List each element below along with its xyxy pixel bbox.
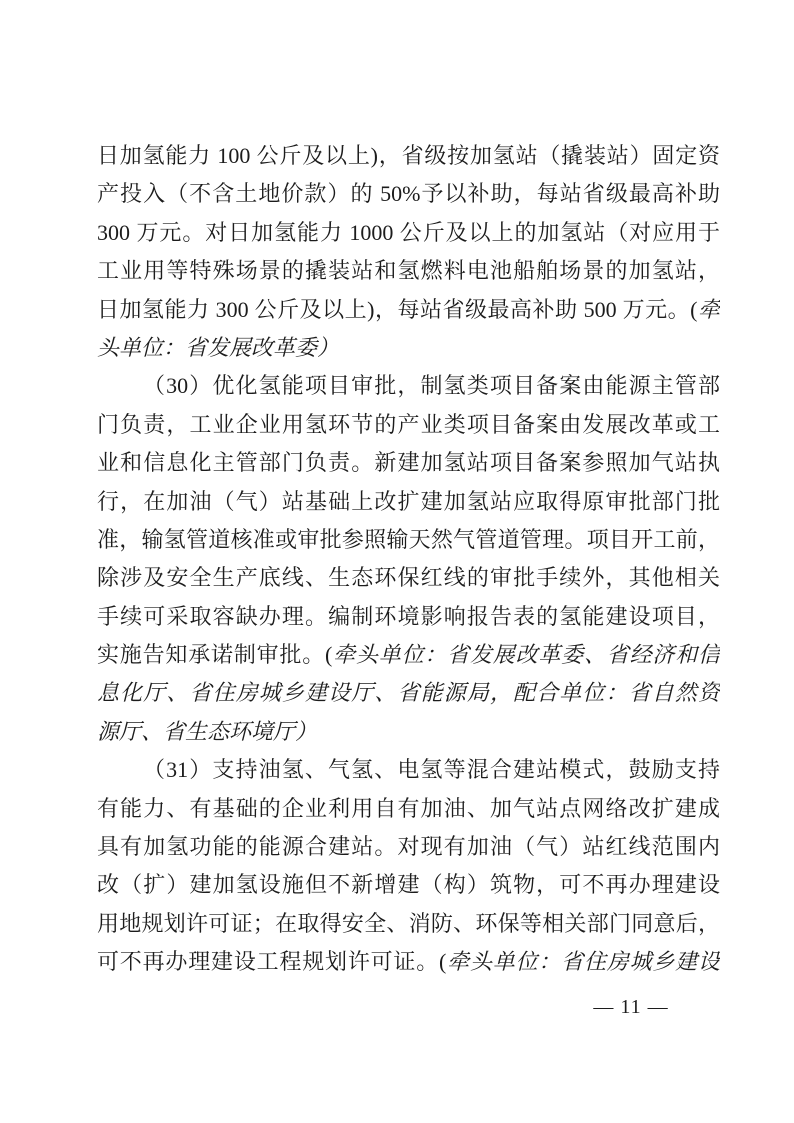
body-text: 业和信息化主管部门负责。新建加氢站项目备案参照加气站执 bbox=[97, 450, 720, 475]
text-line: 有能力、有基础的企业利用自有加油、加气站点网络改扩建成 bbox=[97, 790, 720, 828]
text-line: 除涉及安全生产底线、生态环保红线的审批手续外，其他相关 bbox=[97, 559, 720, 597]
text-line: （30）优化氢能项目审批，制氢类项目备案由能源主管部 bbox=[97, 367, 720, 405]
body-text: 300 万元。对日加氢能力 1000 公斤及以上的加氢站（对应用于 bbox=[97, 220, 720, 245]
text-line: 产投入（不含土地价款）的 50%予以补助，每站省级最高补助 bbox=[97, 175, 720, 213]
body-text: （30）优化氢能项目审批，制氢类项目备案由能源主管部 bbox=[143, 373, 720, 398]
text-line: 头单位：省发展改革委） bbox=[97, 329, 720, 367]
text-line: 300 万元。对日加氢能力 1000 公斤及以上的加氢站（对应用于 bbox=[97, 214, 720, 252]
text-line: 日加氢能力 100 公斤及以上)，省级按加氢站（撬装站）固定资 bbox=[97, 137, 720, 175]
text-line: 准，输氢管道核准或审批参照输天然气管道管理。项目开工前， bbox=[97, 521, 720, 559]
text-line: （31）支持油氢、气氢、电氢等混合建站模式，鼓励支持 bbox=[97, 751, 720, 789]
annotation-text: 息化厅、省住房城乡建设厅、省能源局，配合单位：省自然资 bbox=[97, 680, 720, 705]
text-line: 可不再办理建设工程规划许可证。(牵头单位：省住房城乡建设 bbox=[97, 943, 720, 981]
text-line: 行，在加油（气）站基础上改扩建加氢站应取得原审批部门批 bbox=[97, 483, 720, 521]
body-text: 可不再办理建设工程规划许可证。( bbox=[97, 949, 446, 974]
body-text: 用地规划许可证；在取得安全、消防、环保等相关部门同意后， bbox=[97, 911, 720, 936]
body-text: 工业用等特殊场景的撬装站和氢燃料电池船舶场景的加氢站， bbox=[97, 258, 720, 283]
body-text: 日加氢能力 100 公斤及以上)，省级按加氢站（撬装站）固定资 bbox=[97, 143, 720, 168]
body-text: 手续可采取容缺办理。编制环境影响报告表的氢能建设项目， bbox=[97, 604, 720, 629]
text-line: 用地规划许可证；在取得安全、消防、环保等相关部门同意后， bbox=[97, 905, 720, 943]
body-text: 日加氢能力 300 公斤及以上)，每站省级最高补助 500 万元。( bbox=[97, 297, 697, 322]
text-line: 实施告知承诺制审批。(牵头单位：省发展改革委、省经济和信 bbox=[97, 636, 720, 674]
annotation-text: 牵头单位：省发展改革委、省经济和信 bbox=[332, 642, 720, 667]
text-line: 门负责，工业企业用氢环节的产业类项目备案由发展改革或工 bbox=[97, 406, 720, 444]
text-line: 手续可采取容缺办理。编制环境影响报告表的氢能建设项目， bbox=[97, 598, 720, 636]
annotation-text: 牵头单位：省住房城乡建设 bbox=[446, 949, 720, 974]
body-text: （31）支持油氢、气氢、电氢等混合建站模式，鼓励支持 bbox=[143, 757, 720, 782]
body-text: 具有加氢功能的能源合建站。对现有加油（气）站红线范围内 bbox=[97, 834, 720, 859]
document-text-block: 日加氢能力 100 公斤及以上)，省级按加氢站（撬装站）固定资产投入（不含土地价… bbox=[97, 137, 720, 982]
body-text: 改（扩）建加氢设施但不新增建（构）筑物，可不再办理建设 bbox=[97, 872, 720, 897]
body-text: 行，在加油（气）站基础上改扩建加氢站应取得原审批部门批 bbox=[97, 489, 720, 514]
document-page: 日加氢能力 100 公斤及以上)，省级按加氢站（撬装站）固定资产投入（不含土地价… bbox=[0, 0, 794, 1123]
text-line: 源厅、省生态环境厅） bbox=[97, 713, 720, 751]
body-text: 有能力、有基础的企业利用自有加油、加气站点网络改扩建成 bbox=[97, 796, 720, 821]
body-text: 除涉及安全生产底线、生态环保红线的审批手续外，其他相关 bbox=[97, 565, 720, 590]
body-text: 准，输氢管道核准或审批参照输天然气管道管理。项目开工前， bbox=[97, 527, 720, 552]
annotation-text: 源厅、省生态环境厅） bbox=[97, 719, 317, 744]
text-line: 息化厅、省住房城乡建设厅、省能源局，配合单位：省自然资 bbox=[97, 674, 720, 712]
page-number: — 11 — bbox=[591, 995, 671, 1019]
body-text: 门负责，工业企业用氢环节的产业类项目备案由发展改革或工 bbox=[97, 412, 720, 437]
body-text: 实施告知承诺制审批。( bbox=[97, 642, 332, 667]
body-text: 产投入（不含土地价款）的 50%予以补助，每站省级最高补助 bbox=[97, 181, 720, 206]
text-line: 业和信息化主管部门负责。新建加氢站项目备案参照加气站执 bbox=[97, 444, 720, 482]
text-line: 具有加氢功能的能源合建站。对现有加油（气）站红线范围内 bbox=[97, 828, 720, 866]
annotation-text: 牵 bbox=[697, 297, 720, 322]
annotation-text: 头单位：省发展改革委） bbox=[97, 335, 339, 360]
text-line: 工业用等特殊场景的撬装站和氢燃料电池船舶场景的加氢站， bbox=[97, 252, 720, 290]
text-line: 改（扩）建加氢设施但不新增建（构）筑物，可不再办理建设 bbox=[97, 866, 720, 904]
text-line: 日加氢能力 300 公斤及以上)，每站省级最高补助 500 万元。(牵 bbox=[97, 291, 720, 329]
